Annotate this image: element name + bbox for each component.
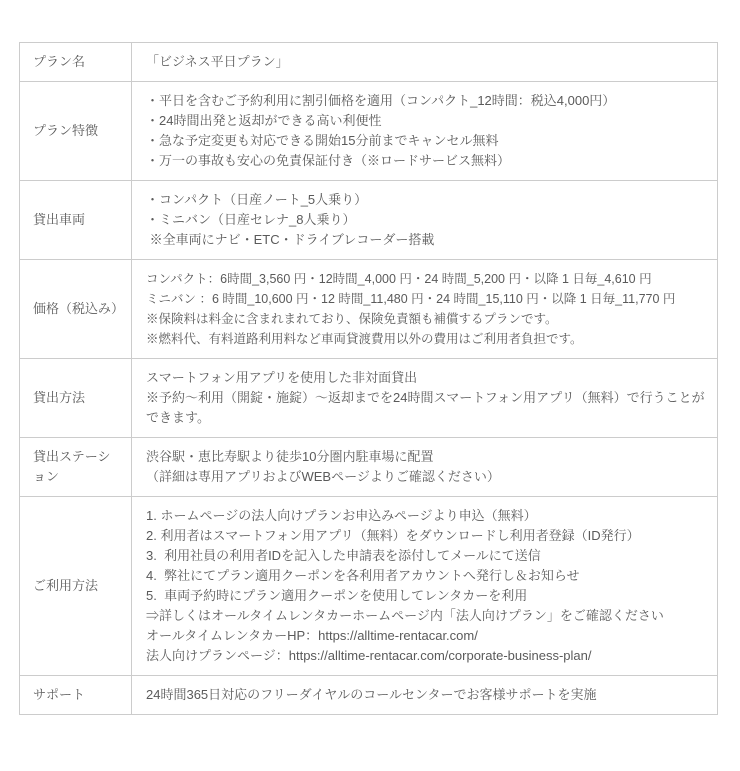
row-label-usage: ご利用方法: [20, 497, 132, 676]
station-location: 渋谷駅・恵比寿駅より徒歩10分圏内駐車場に配置: [146, 447, 707, 467]
homepage-url: オールタイムレンタカーHP：https://alltime-rentacar.c…: [146, 626, 707, 646]
usage-step: 4. 弊社にてプラン適用クーポンを各利用者アカウントへ発行し＆お知らせ: [146, 566, 707, 586]
row-label-plan-name: プラン名: [20, 43, 132, 82]
row-content-stations: 渋谷駅・恵比寿駅より徒歩10分圏内駐車場に配置 （詳細は専用アプリおよびWEBペ…: [132, 438, 718, 497]
usage-more-info: ⇒詳しくはオールタイムレンタカーホームページ内「法人向けプラン」をご確認ください: [146, 606, 707, 626]
row-label-stations: 貸出ステーション: [20, 438, 132, 497]
price-minivan: ミニバン ：6 時間_10,600 円・12 時間_11,480 円・24 時間…: [146, 289, 707, 309]
row-content-plan-features: ・平日を含むご予約利用に割引価格を適用（コンパクト_12時間：税込4,000円）…: [132, 82, 718, 181]
row-label-rental-method: 貸出方法: [20, 359, 132, 438]
usage-step: 2. 利用者はスマートフォン用アプリ（無料）をダウンロードし利用者登録（ID発行…: [146, 526, 707, 546]
table-row-rental-method: 貸出方法 スマートフォン用アプリを使用した非対面貸出 ※予約～利用（開錠・施錠）…: [20, 359, 718, 438]
table-row-vehicles: 貸出車両 ・コンパクト（日産ノート_5人乗り） ・ミニバン（日産セレナ_8人乗り…: [20, 181, 718, 260]
station-detail-note: （詳細は専用アプリおよびWEBページよりご確認ください）: [146, 467, 707, 487]
table-row-stations: 貸出ステーション 渋谷駅・恵比寿駅より徒歩10分圏内駐車場に配置 （詳細は専用ア…: [20, 438, 718, 497]
feature-item: ・万一の事故も安心の免責保証付き（※ロードサービス無料）: [146, 151, 707, 171]
row-content-vehicles: ・コンパクト（日産ノート_5人乗り） ・ミニバン（日産セレナ_8人乗り） ※全車…: [132, 181, 718, 260]
row-content-usage: 1. ホームページの法人向けプランお申込みページより申込（無料） 2. 利用者は…: [132, 497, 718, 676]
vehicle-note: ※全車両にナビ・ETC・ドライブレコーダー搭載: [146, 230, 707, 250]
row-content-price: コンパクト：6時間_3,560 円・12時間_4,000 円・24 時間_5,2…: [132, 260, 718, 359]
row-label-price: 価格（税込み）: [20, 260, 132, 359]
row-content-support: 24時間365日対応のフリーダイヤルのコールセンターでお客様サポートを実施: [132, 676, 718, 715]
feature-item: ・急な予定変更も対応できる開始15分前までキャンセル無料: [146, 131, 707, 151]
corporate-plan-url: 法人向けプランページ：https://alltime-rentacar.com/…: [146, 646, 707, 666]
feature-item: ・24時間出発と返却ができる高い利便性: [146, 111, 707, 131]
row-label-plan-features: プラン特徴: [20, 82, 132, 181]
plan-name-value: 「ビジネス平日プラン」: [146, 52, 707, 72]
rental-method-main: スマートフォン用アプリを使用した非対面貸出: [146, 368, 707, 388]
table-row-support: サポート 24時間365日対応のフリーダイヤルのコールセンターでお客様サポートを…: [20, 676, 718, 715]
usage-step: 3. 利用社員の利用者IDを記入した申請表を添付してメールにて送信: [146, 546, 707, 566]
price-note-fuel: ※燃料代、有料道路利用料など車両貸渡費用以外の費用はご利用者負担です。: [146, 329, 707, 349]
vehicle-item: ・ミニバン（日産セレナ_8人乗り）: [146, 210, 707, 230]
table-row-usage: ご利用方法 1. ホームページの法人向けプランお申込みページより申込（無料） 2…: [20, 497, 718, 676]
table-row-price: 価格（税込み） コンパクト：6時間_3,560 円・12時間_4,000 円・2…: [20, 260, 718, 359]
table-row-plan-features: プラン特徴 ・平日を含むご予約利用に割引価格を適用（コンパクト_12時間：税込4…: [20, 82, 718, 181]
rental-method-note: ※予約～利用（開錠・施錠）～返却までを24時間スマートフォン用アプリ（無料）で行…: [146, 388, 707, 408]
vehicle-item: ・コンパクト（日産ノート_5人乗り）: [146, 190, 707, 210]
usage-step: 5. 車両予約時にプラン適用クーポンを使用してレンタカーを利用: [146, 586, 707, 606]
table-row-plan-name: プラン名 「ビジネス平日プラン」: [20, 43, 718, 82]
row-content-plan-name: 「ビジネス平日プラン」: [132, 43, 718, 82]
row-content-rental-method: スマートフォン用アプリを使用した非対面貸出 ※予約～利用（開錠・施錠）～返却まで…: [132, 359, 718, 438]
plan-table-container: プラン名 「ビジネス平日プラン」 プラン特徴 ・平日を含むご予約利用に割引価格を…: [19, 42, 718, 715]
feature-item: ・平日を含むご予約利用に割引価格を適用（コンパクト_12時間：税込4,000円）: [146, 91, 707, 111]
price-note-insurance: ※保険料は料金に含まれまれており、保険免責額も補償するプランです。: [146, 309, 707, 329]
row-label-support: サポート: [20, 676, 132, 715]
rental-method-note-cont: できます。: [146, 408, 707, 428]
usage-step: 1. ホームページの法人向けプランお申込みページより申込（無料）: [146, 506, 707, 526]
price-compact: コンパクト：6時間_3,560 円・12時間_4,000 円・24 時間_5,2…: [146, 269, 707, 289]
row-label-vehicles: 貸出車両: [20, 181, 132, 260]
support-description: 24時間365日対応のフリーダイヤルのコールセンターでお客様サポートを実施: [146, 685, 707, 705]
plan-table: プラン名 「ビジネス平日プラン」 プラン特徴 ・平日を含むご予約利用に割引価格を…: [19, 42, 718, 715]
